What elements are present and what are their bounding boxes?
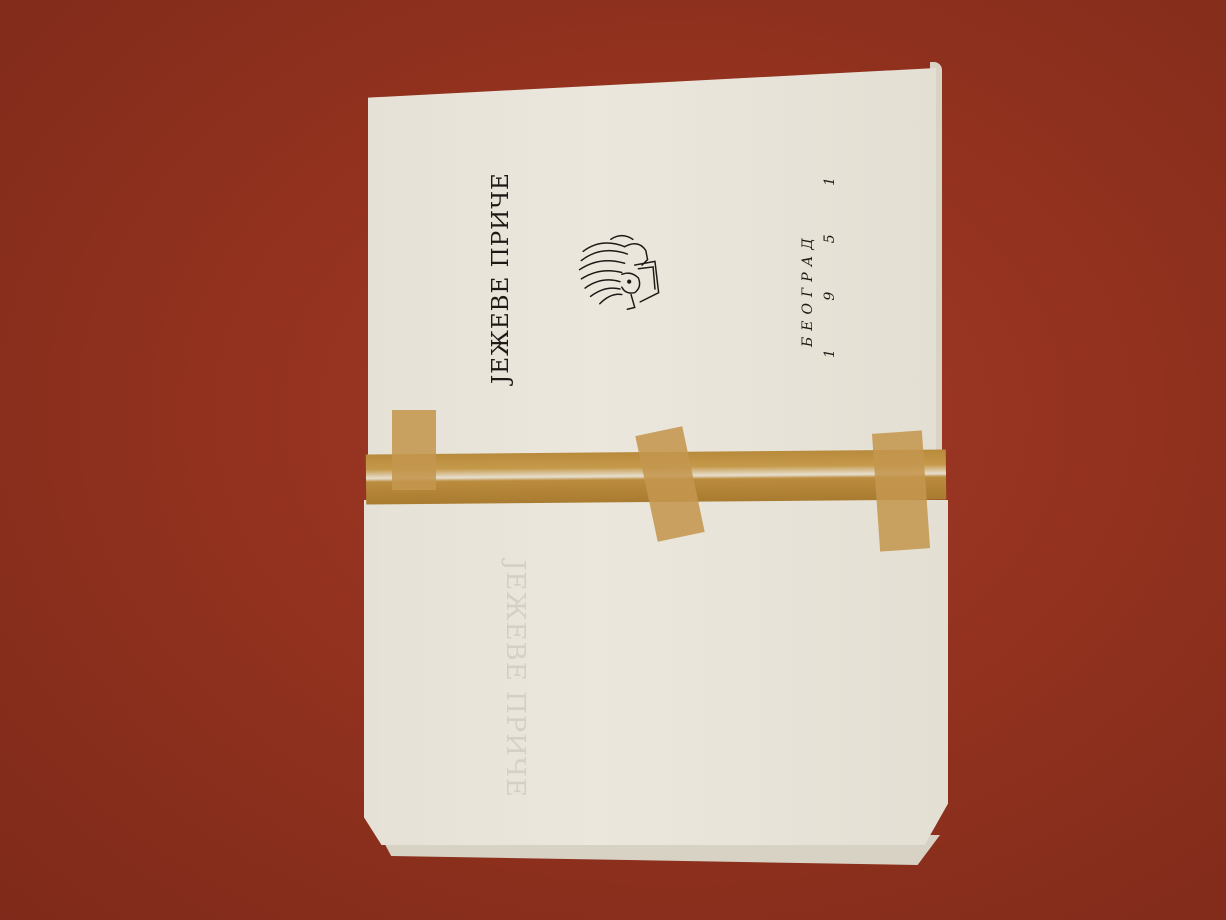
hedgehog-icon: [574, 228, 666, 316]
publication-year: 1 9 5 1: [822, 218, 838, 358]
bleed-through-text: ЈЕЖЕВЕ ПРИЧЕ: [500, 560, 530, 790]
publication-city: БЕОГРАД: [800, 230, 816, 350]
open-book: ЈЕЖЕВЕ ПРИЧЕ БЕОГРАД 1 9 5 1 ЈЕЖЕВЕ ПРИЧ…: [0, 0, 1226, 920]
tape-strip: [392, 410, 436, 490]
tape-strip: [872, 430, 930, 551]
facing-page: [364, 500, 948, 845]
book-title: ЈЕЖЕВЕ ПРИЧЕ: [488, 148, 514, 408]
